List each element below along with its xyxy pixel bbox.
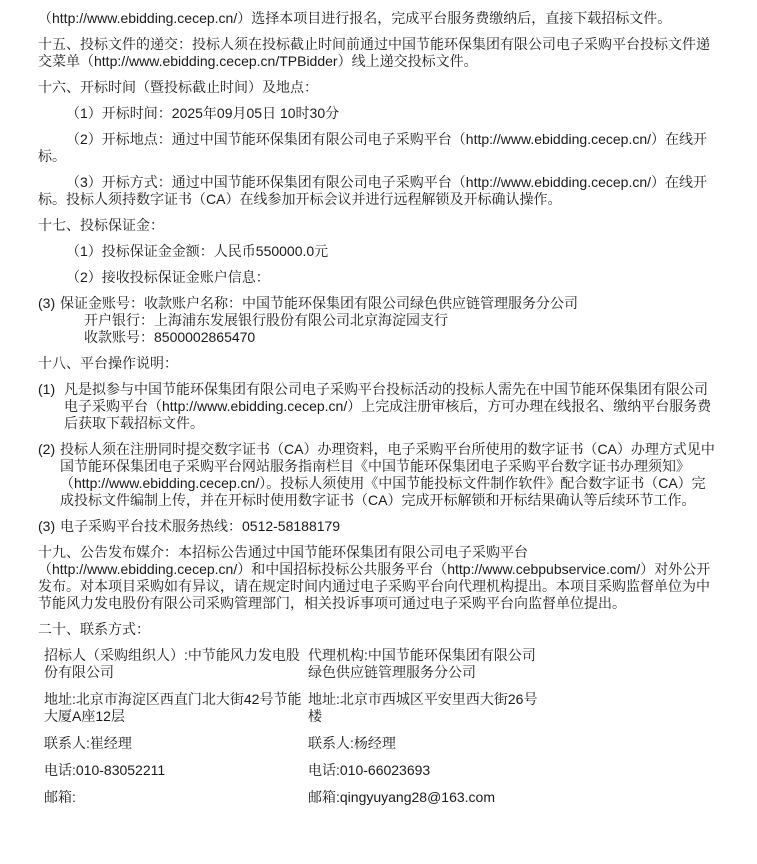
instruction-text: 凡是拟参与中国节能环保集团有限公司电子采购平台投标活动的投标人需先在中国节能环保… [64,381,718,432]
bid-opening-location: （2）开标地点：通过中国节能环保集团有限公司电子采购平台（http://www.… [38,131,718,165]
tenderer-address: 地址:北京市海淀区西直门北大街42号节能大厦A座12层 [44,691,306,725]
account-bank: 开户银行：上海浦东发展银行股份有限公司北京海淀园支行 [58,312,718,329]
contact-info-grid: 招标人（采购组织人）:中节能风力发电股份有限公司 代理机构:中国节能环保集团有限… [38,647,718,816]
section-19-publication-media: 十九、公告发布媒介：本招标公告通过中国节能环保集团有限公司电子采购平台（http… [38,544,718,612]
agency-phone: 电话:010-66023693 [308,762,538,779]
instruction-number: (3) [38,518,60,535]
agency-org: 代理机构:中国节能环保集团有限公司绿色供应链管理服务分公司 [308,647,538,681]
instruction-text: 投标人须在注册同时提交数字证书（CA）办理资料，电子采购平台所使用的数字证书（C… [60,441,718,509]
instruction-text: 电子采购平台技术服务热线：0512-58188179 [60,518,718,535]
section-17-heading: 十七、投标保证金： [38,217,718,234]
bid-opening-time: （1）开标时间：2025年09月05日 10时30分 [38,105,718,122]
section-16-heading: 十六、开标时间（暨投标截止时间）及地点： [38,79,718,96]
registration-paragraph-tail: （http://www.ebidding.cecep.cn/）选择本项目进行报名… [38,10,718,27]
tenderer-contact: 联系人:崔经理 [44,735,306,752]
platform-instruction-2: (2) 投标人须在注册同时提交数字证书（CA）办理资料，电子采购平台所使用的数字… [38,441,718,509]
bid-bond-amount: （1）投标保证金金额：人民币550000.0元 [38,243,718,260]
account-item-number: (3) [38,295,58,346]
tenderer-phone: 电话:010-83052211 [44,762,306,779]
tenderer-org: 招标人（采购组织人）:中节能风力发电股份有限公司 [44,647,306,681]
platform-instruction-1: (1) 凡是拟参与中国节能环保集团有限公司电子采购平台投标活动的投标人需先在中国… [38,381,718,432]
agency-address: 地址:北京市西城区平安里西大街26号楼 [308,691,538,725]
section-18-heading: 十八、平台操作说明： [38,355,718,372]
section-15-bid-submission: 十五、投标文件的递交：投标人须在投标截止时间前通过中国节能环保集团有限公司电子采… [38,36,718,70]
bid-bond-account-info: （2）接收投标保证金账户信息： [38,269,718,286]
bid-opening-method: （3）开标方式：通过中国节能环保集团有限公司电子采购平台（http://www.… [38,174,718,208]
instruction-number: (2) [38,441,60,509]
account-name: 保证金账号：收款账户名称：中国节能环保集团有限公司绿色供应链管理服务分公司 [58,295,718,312]
agency-contact: 联系人:杨经理 [308,735,538,752]
agency-email[interactable]: 邮箱:qingyuyang28@163.com [308,789,538,806]
section-20-heading: 二十、联系方式： [38,621,718,638]
platform-instruction-3: (3) 电子采购平台技术服务热线：0512-58188179 [38,518,718,535]
account-number: 收款账号：8500002865470 [58,329,718,346]
tenderer-email: 邮箱: [44,789,306,806]
bid-bond-account-block: (3) 保证金账号：收款账户名称：中国节能环保集团有限公司绿色供应链管理服务分公… [38,295,718,346]
tender-announcement-document: （http://www.ebidding.cecep.cn/）选择本项目进行报名… [0,0,718,816]
